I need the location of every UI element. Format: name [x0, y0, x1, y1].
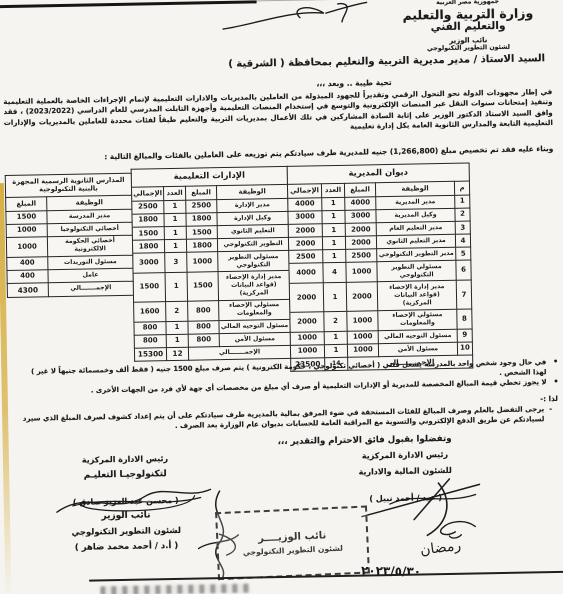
table-cell: 1	[324, 331, 347, 345]
table-cell: 1500	[133, 273, 166, 302]
table-cell: 2	[455, 208, 470, 221]
letterhead: جمهورية مصر العربية وزارة التربية والتعل…	[392, 0, 545, 54]
table-row: مسئولي التطوير التكنولوجي100033000	[133, 251, 289, 274]
col-header: الإجمالي	[287, 184, 321, 198]
dash-bullet: -	[549, 404, 552, 425]
col-header: المبلغ	[344, 183, 375, 197]
table-cell: 1	[164, 200, 186, 213]
table-cell: 400	[7, 270, 48, 284]
table-row: 7مدير إدارة الإحصاء (قواعد البيانات المر…	[289, 280, 472, 312]
table-cell: 3000	[288, 211, 322, 225]
table-cell: 1	[166, 321, 188, 334]
table-cell: 2000	[288, 224, 322, 238]
col-header: المبلغ	[185, 186, 216, 200]
col-header: الوظيفة	[216, 184, 287, 199]
table-cell: 1	[322, 210, 345, 224]
table-schools: المدارس الثانوية الرسمية المجهزة بالبنية…	[5, 173, 134, 298]
table-cell: 3000	[345, 210, 376, 224]
table-cell: التعليم الثانوي	[217, 224, 288, 238]
table-cell: 2500	[289, 250, 323, 264]
intro-paragraph: في إطار مجهودات الدولة نحو التحول الرقمي…	[3, 87, 553, 139]
table-cell: 1	[165, 273, 188, 302]
table-cell: 3	[165, 252, 187, 273]
table-cell: 1	[322, 236, 345, 250]
scanned-letter-page: جمهورية مصر العربية وزارة التربية والتعل…	[0, 0, 563, 594]
table-cell: 1	[323, 250, 346, 264]
allocation-line: وبناء عليه فقد تم تخصيص مبلغ (1,266,800)…	[4, 144, 553, 163]
table-cell: 3000	[133, 253, 165, 274]
table-cell: 800	[188, 320, 219, 334]
table-cell: مسئولي التطوير التكنولوجي	[218, 251, 289, 272]
handwritten-scribble	[220, 0, 371, 34]
table-cell: 1500	[132, 227, 164, 241]
col-header: الإجمالي	[131, 187, 163, 201]
table-cell: 5	[456, 247, 471, 260]
table-cell: مسئول الأمن	[219, 332, 290, 346]
table-cell: 800	[188, 333, 219, 347]
col-header: الوظيفة	[375, 181, 454, 196]
table-cell: 1	[164, 213, 186, 226]
col-header: م	[454, 181, 469, 195]
table-cell: 1	[324, 344, 347, 358]
table-cell: 8	[457, 309, 472, 329]
bullet-icon: •	[550, 357, 558, 378]
total-sum: 15300	[134, 347, 166, 361]
scan-edge-artifact	[100, 584, 250, 594]
total-label: الإجمـــــــالي	[48, 281, 133, 296]
table-cell: أخصائي الحكومة الالكترونية	[47, 235, 132, 257]
addressee-line: السيد الاستاذ / مدير مديرية التربية والت…	[218, 53, 556, 70]
table-cell: 1000	[347, 331, 378, 345]
table-cell: 4000	[289, 263, 323, 284]
table-cell: 800	[134, 321, 166, 335]
greeting-line: تحية طيبة .. وبعد ،،،	[279, 77, 429, 89]
table-cell: 1800	[186, 239, 217, 253]
office-subtitle: لشئون التطوير التكنولوجي	[392, 44, 544, 54]
table-body: مدير الإدارة250012500وكيل الإدارة1800118…	[132, 198, 291, 348]
bullet-icon: •	[551, 377, 559, 387]
table-row: مدير إدارة الإحصاء (قواعد البيانات المرك…	[133, 271, 290, 302]
table-cell: 4	[323, 263, 346, 284]
table-cell: 2000	[289, 283, 324, 312]
table-cell: 1	[164, 226, 186, 239]
table-cell: 1500	[186, 226, 217, 240]
table-cell: 1600	[134, 301, 166, 322]
total-sum: 4300	[7, 283, 48, 297]
table-row: مسئولي الإحصاء والمعلومات80021600	[134, 299, 290, 322]
table-diwan-mudiriya: ديوان المديرية م الوظيفة المبلغ العدد ال…	[287, 163, 474, 373]
col-header: العدد	[163, 186, 185, 200]
table-body: 1مدير المديرية4000140002وكيل المديرية300…	[288, 195, 473, 358]
total-label: الإجمـــــــالي	[188, 345, 290, 360]
table-cell: التطوير التكنولوجي	[217, 238, 288, 252]
page-content: جمهورية مصر العربية وزارة التربية والتعل…	[0, 0, 563, 594]
table-cell: 2000	[290, 311, 324, 332]
table-cell: 2000	[346, 282, 378, 311]
table-cell: 4	[455, 234, 470, 247]
table-cell: 400	[7, 257, 48, 271]
table-cell: 1	[322, 223, 345, 237]
table-cell: مدير الإدارة	[217, 198, 288, 212]
table-cell: 1800	[132, 240, 164, 254]
table-cell: 800	[188, 300, 219, 321]
total-count: 12	[166, 347, 188, 361]
table-cell: 1000	[290, 345, 324, 359]
table-cell: 1	[322, 197, 345, 211]
table-row: أخصائي الحكومة الالكترونية1000	[6, 235, 132, 257]
table-cell: وكيل الإدارة	[217, 211, 288, 225]
table-cell: 4000	[288, 198, 322, 212]
table-cell: 1	[455, 195, 470, 208]
table-cell: 4000	[345, 197, 376, 211]
table-cell: مسئول التوجيه المالي	[219, 319, 290, 333]
table-cell: 7	[456, 280, 472, 308]
table-cell: 1500	[187, 272, 219, 301]
signer-title: رئيس الادارة المركزية	[331, 449, 479, 461]
table-title-line2: بالبنية التكنولوجية	[6, 184, 131, 195]
table-cell: 1000	[6, 237, 47, 258]
table-cell: 2000	[288, 237, 322, 251]
table-title: المدارس الثانوية الرسمية المجهزة بالبنية…	[5, 173, 131, 197]
signer-title: لشئون التطوير التكنولوجي	[42, 524, 210, 537]
table-cell: 1	[164, 239, 186, 252]
col-header: العدد	[321, 183, 344, 197]
table-cell: 2	[166, 301, 188, 322]
table-cell: 1800	[132, 214, 164, 228]
table-cell: 1000	[290, 332, 324, 346]
handwritten-name: رمضان	[400, 535, 481, 561]
table-cell: مسئولي الإحصاء والمعلومات	[219, 299, 290, 320]
signer-name: ( أ.د / أحمد محمد ضاهر )	[42, 540, 210, 553]
table-cell: مسئولي الإحصاء والمعلومات	[378, 309, 457, 331]
scan-edge-artifact	[0, 0, 257, 8]
table-cell: 1000	[347, 310, 378, 331]
table-cell: 1	[323, 283, 347, 312]
table-idarat-talimia: الإدارات التعليمية الوظيفة المبلغ العدد …	[131, 166, 292, 362]
table-cell: 1	[166, 334, 188, 347]
table-cell: 3	[455, 221, 470, 234]
col-header: المبلغ	[6, 197, 47, 212]
table-cell: 10	[457, 342, 472, 355]
table-cell: 2500	[346, 249, 377, 263]
closing-line: وتفضلوا بقبول فائق الاحترام والتقدير ،،،	[255, 433, 475, 447]
table-cell: 800	[134, 334, 166, 348]
table-cell: 2000	[345, 223, 376, 237]
table-cell: 1500	[6, 210, 47, 224]
table-cell: 2000	[345, 236, 376, 250]
table-cell: مدير إدارة الإحصاء (قواعد البيانات المرك…	[377, 281, 457, 311]
notes-list: • في حال وجود شخص واحد بالمدرسة يشغل فئت…	[15, 357, 558, 398]
table-cell: 2	[324, 311, 347, 332]
table-cell: 1000	[6, 223, 47, 237]
table-cell: 6	[456, 260, 471, 280]
table-cell: مسئولي التطوير التكنولوجي	[377, 261, 456, 283]
table-cell: 9	[457, 329, 472, 342]
table-cell: 1800	[186, 213, 217, 227]
table-cell: 2500	[186, 200, 217, 214]
table-cell: مدير إدارة الإحصاء (قواعد البيانات المرك…	[218, 271, 290, 300]
table-cell: 1000	[346, 262, 377, 283]
table-cell: 1000	[187, 252, 218, 273]
table-cell: 2500	[132, 201, 164, 215]
table-cell: 1000	[347, 344, 378, 358]
table-body: مدير المدرسة1500أخصائي التكنولوجيا1000أخ…	[6, 209, 133, 284]
signer-title: رئيس الادارة المركزية	[41, 453, 209, 465]
